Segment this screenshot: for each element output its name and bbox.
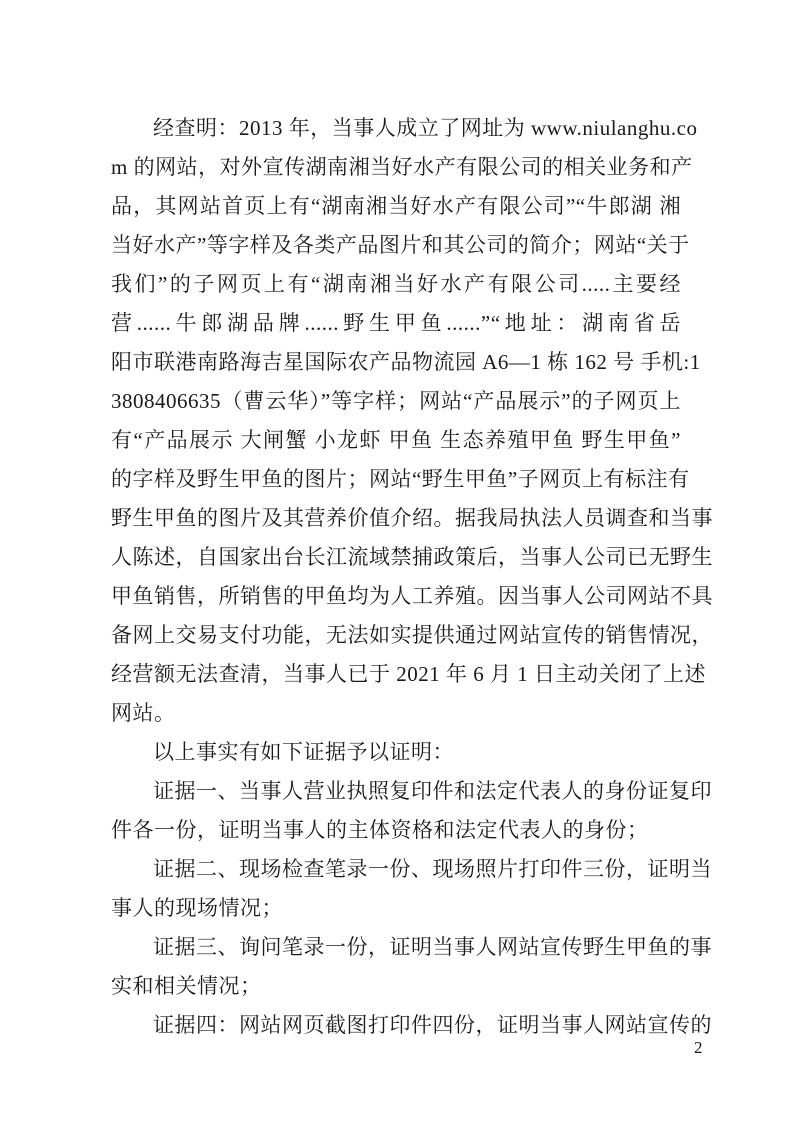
text-line: 经营额无法查清，当事人已于 2021 年 6 月 1 日主动关闭了上述 bbox=[111, 655, 681, 694]
text-line: 营......牛郎湖品牌......野生甲鱼......”“地址：湖南省岳 bbox=[111, 304, 681, 343]
text-line: 3808406635（曹云华）”等字样；网站“产品展示”的子网页上 bbox=[111, 382, 681, 421]
text-line: 我们”的子网页上有“湖南湘当好水产有限公司.....主要经 bbox=[111, 265, 681, 304]
paragraph: 证据一、当事人营业执照复印件和法定代表人的身份证复印件各一份，证明当事人的主体资… bbox=[111, 772, 681, 850]
paragraph: 经查明：2013 年，当事人成立了网址为 www.niulanghu.com 的… bbox=[111, 109, 681, 733]
text-line: 人陈述，自国家出台长江流域禁捕政策后，当事人公司已无野生 bbox=[111, 538, 681, 577]
document-page: 经查明：2013 年，当事人成立了网址为 www.niulanghu.com 的… bbox=[0, 0, 793, 1122]
paragraph: 证据二、现场检查笔录一份、现场照片打印件三份，证明当事人的现场情况； bbox=[111, 850, 681, 928]
text-line: 的字样及野生甲鱼的图片；网站“野生甲鱼”子网页上有标注有 bbox=[111, 460, 681, 499]
text-line: 网站。 bbox=[111, 694, 681, 733]
text-line: 备网上交易支付功能，无法如实提供通过网站宣传的销售情况， bbox=[111, 616, 681, 655]
text-line: 品，其网站首页上有“湖南湘当好水产有限公司”“牛郎湖 湘 bbox=[111, 187, 681, 226]
text-line: 甲鱼销售，所销售的甲鱼均为人工养殖。因当事人公司网站不具 bbox=[111, 577, 681, 616]
text-line: 件各一份，证明当事人的主体资格和法定代表人的身份； bbox=[111, 811, 681, 850]
text-line: 有“产品展示 大闸蟹 小龙虾 甲鱼 生态养殖甲鱼 野生甲鱼” bbox=[111, 421, 681, 460]
text-line: 证据四：网站网页截图打印件四份，证明当事人网站宣传的 bbox=[111, 1006, 681, 1045]
document-body: 经查明：2013 年，当事人成立了网址为 www.niulanghu.com 的… bbox=[111, 109, 681, 1045]
text-line: 证据三、询问笔录一份，证明当事人网站宣传野生甲鱼的事 bbox=[111, 928, 681, 967]
text-line: 证据一、当事人营业执照复印件和法定代表人的身份证复印 bbox=[111, 772, 681, 811]
text-line: 实和相关情况； bbox=[111, 967, 681, 1006]
text-line: 证据二、现场检查笔录一份、现场照片打印件三份，证明当 bbox=[111, 850, 681, 889]
text-line: 经查明：2013 年，当事人成立了网址为 www.niulanghu.co bbox=[111, 109, 681, 148]
paragraph: 以上事实有如下证据予以证明： bbox=[111, 733, 681, 772]
text-line: 野生甲鱼的图片及其营养价值介绍。据我局执法人员调查和当事 bbox=[111, 499, 681, 538]
text-line: 阳市联港南路海吉星国际农产品物流园 A6—1 栋 162 号 手机:1 bbox=[111, 343, 681, 382]
paragraph: 证据三、询问笔录一份，证明当事人网站宣传野生甲鱼的事实和相关情况； bbox=[111, 928, 681, 1006]
text-line: 事人的现场情况； bbox=[111, 889, 681, 928]
page-number: 2 bbox=[694, 1036, 703, 1060]
paragraph: 证据四：网站网页截图打印件四份，证明当事人网站宣传的 bbox=[111, 1006, 681, 1045]
text-line: 以上事实有如下证据予以证明： bbox=[111, 733, 681, 772]
text-line: m 的网站，对外宣传湖南湘当好水产有限公司的相关业务和产 bbox=[111, 148, 681, 187]
text-line: 当好水产”等字样及各类产品图片和其公司的简介；网站“关于 bbox=[111, 226, 681, 265]
